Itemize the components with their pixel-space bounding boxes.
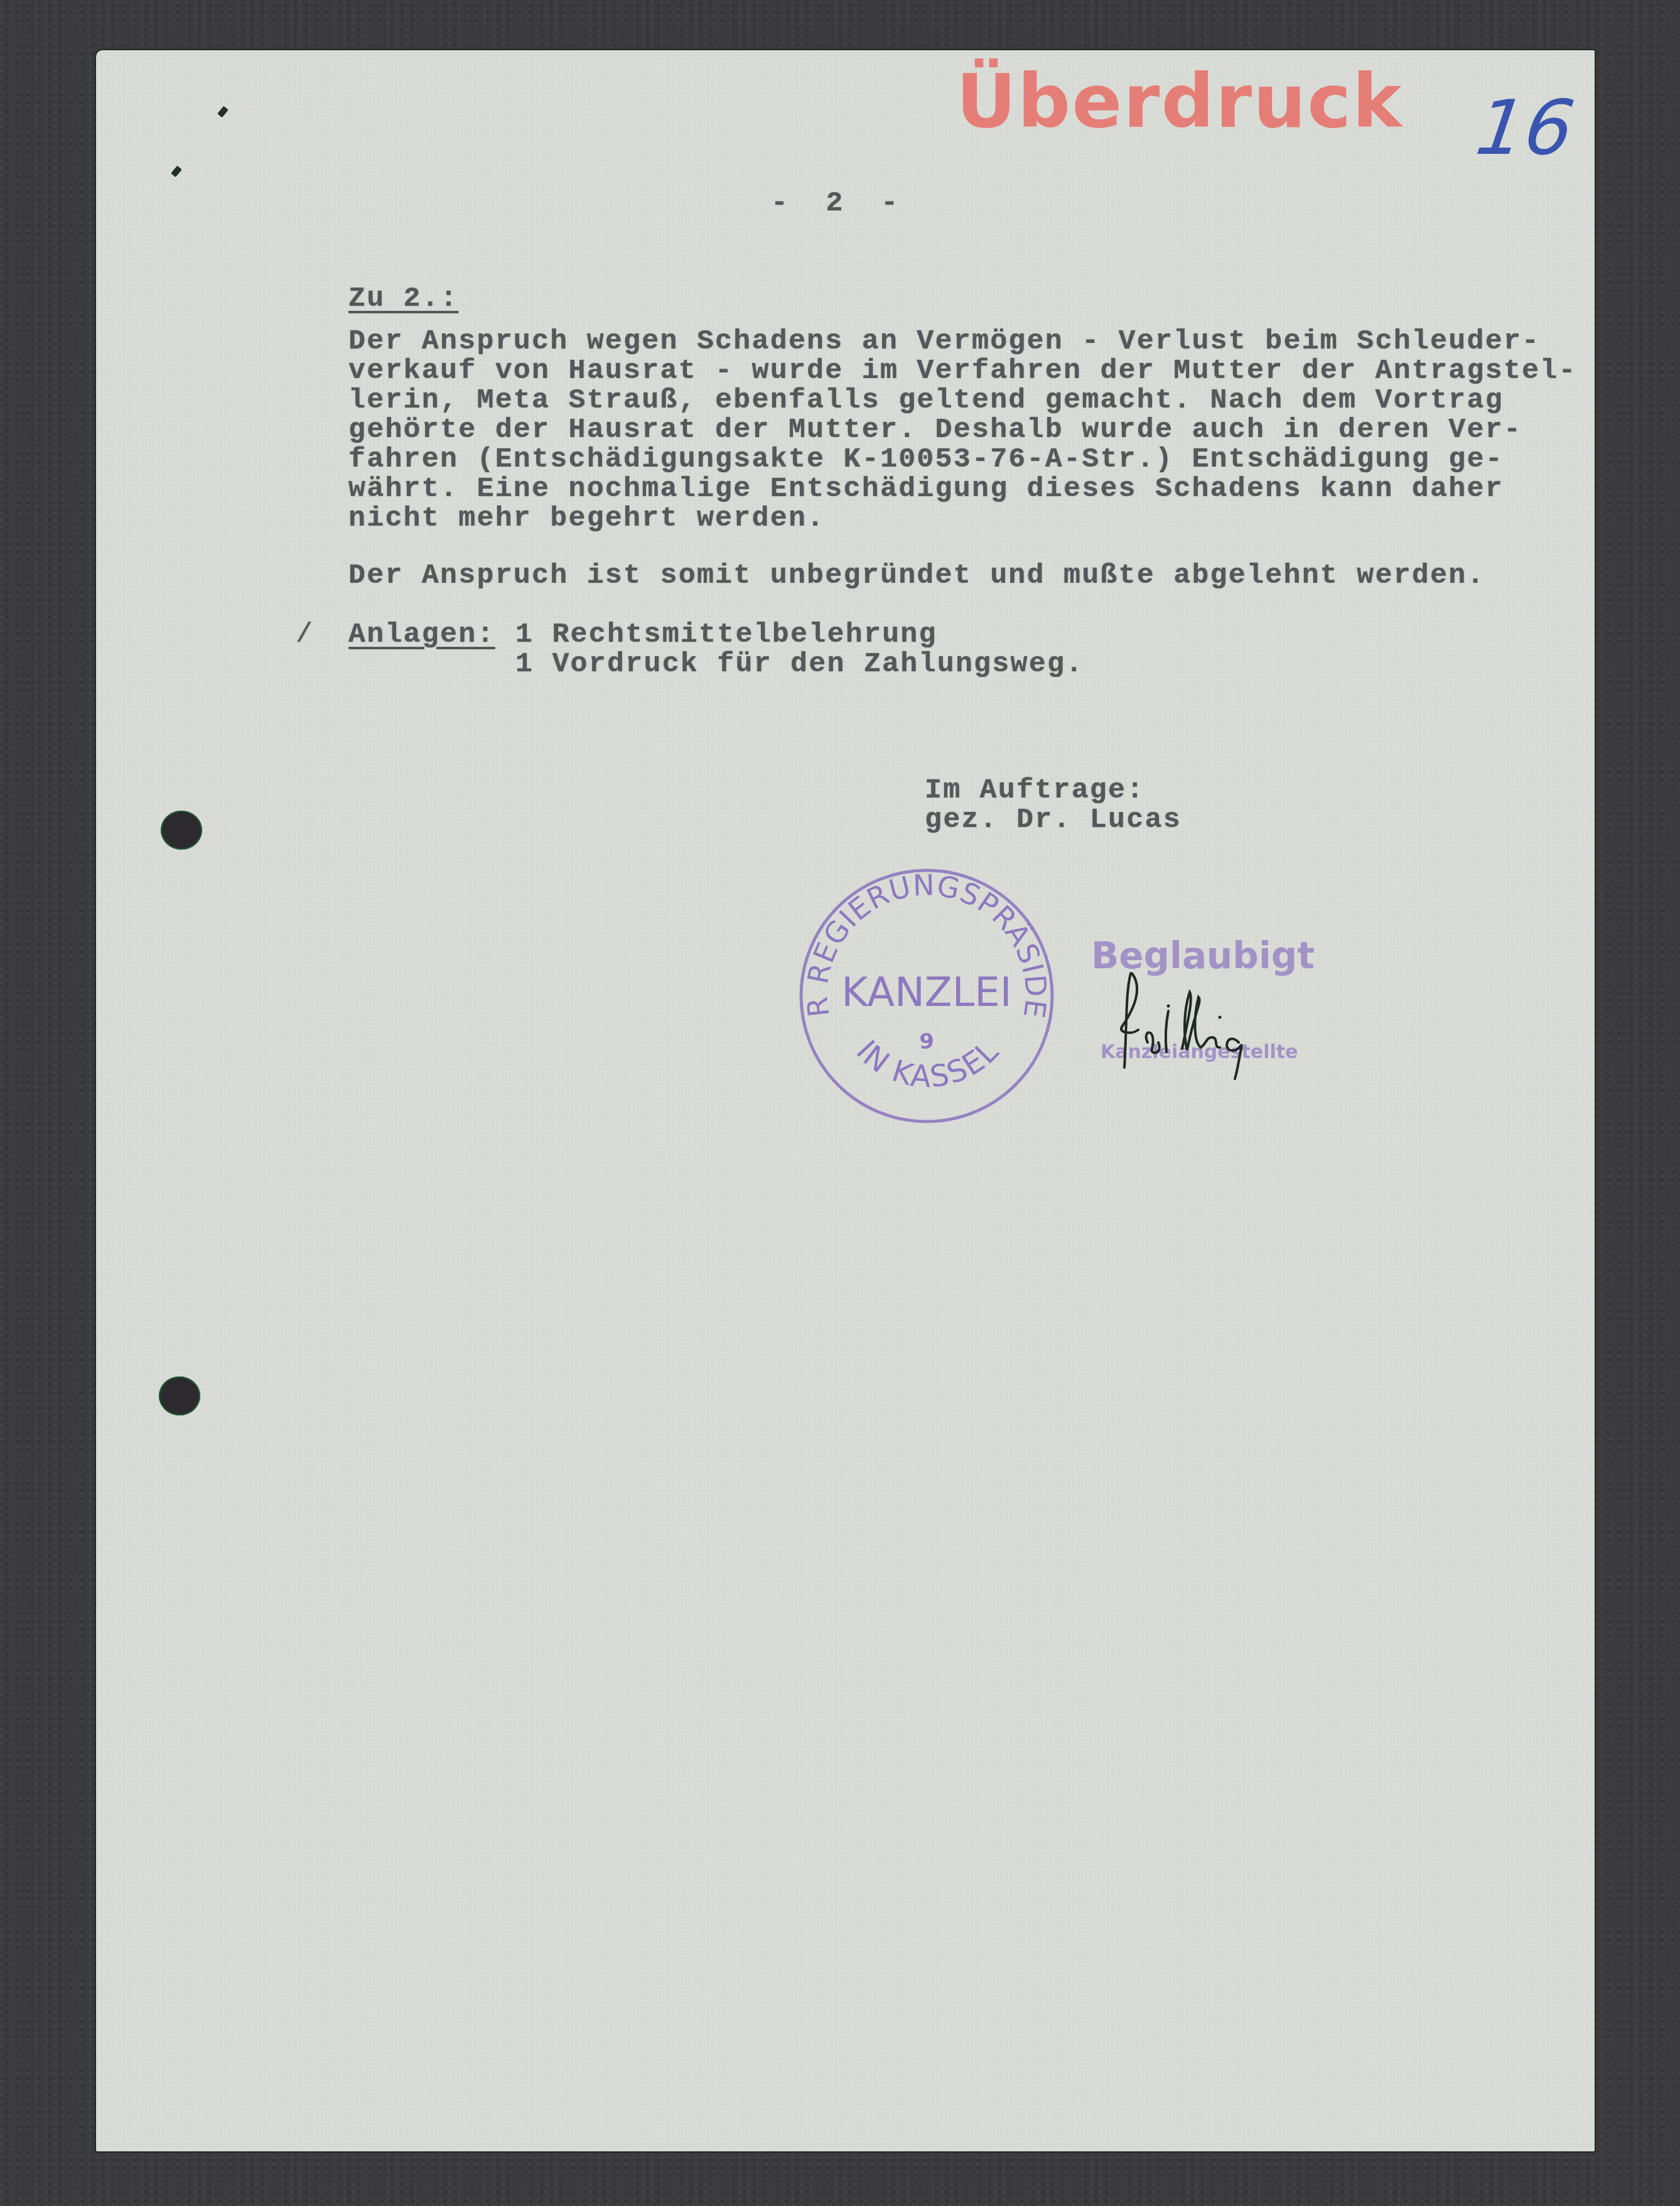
staple-mark bbox=[217, 106, 229, 118]
margin-slash-mark: / bbox=[296, 620, 314, 649]
paragraph-line: gehörte der Hausrat der Mutter. Deshalb … bbox=[348, 415, 1577, 445]
signature-line-signed: gez. Dr. Lucas bbox=[925, 805, 1182, 835]
signature-line-on-behalf: Im Auftrage: bbox=[925, 776, 1182, 805]
paragraph-claim-reasoning: Der Anspruch wegen Schadens an Vermögen … bbox=[348, 327, 1577, 533]
punch-hole-lower bbox=[159, 1376, 200, 1415]
section-heading: Zu 2.: bbox=[348, 284, 458, 313]
page-number: - 2 - bbox=[771, 188, 899, 218]
folio-number: 16 bbox=[1471, 85, 1579, 172]
handwritten-signature: Schilling bbox=[1113, 967, 1264, 1080]
uberdruck-stamp: Überdruck bbox=[956, 58, 1403, 144]
paragraph-line: Der Anspruch wegen Schadens an Vermögen … bbox=[348, 327, 1577, 356]
paragraph-line: lerin, Meta Strauß, ebenfalls geltend ge… bbox=[348, 386, 1577, 415]
enclosures-label: Anlagen: bbox=[348, 620, 495, 649]
paragraph-conclusion: Der Anspruch ist somit unbegründet und m… bbox=[348, 561, 1485, 590]
seal-number: 9 bbox=[919, 1029, 934, 1054]
paragraph-line: verkauf von Hausrat - wurde im Verfahren… bbox=[348, 356, 1577, 386]
staple-mark bbox=[171, 166, 182, 178]
enclosure-item: 1 Rechtsmittelbelehrung bbox=[515, 620, 1084, 649]
punch-hole-upper bbox=[161, 811, 202, 850]
paragraph-line: fahren (Entschädigungsakte K-10053-76-A-… bbox=[348, 445, 1577, 474]
official-seal: DER REGIERUNGSPRÄSIDENT KANZLEI 9 IN KAS… bbox=[797, 867, 1056, 1125]
signature-block: Im Auftrage: gez. Dr. Lucas bbox=[925, 776, 1182, 835]
enclosures-list: 1 Rechtsmittelbelehrung 1 Vordruck für d… bbox=[515, 620, 1084, 679]
seal-center-text: KANZLEI bbox=[841, 970, 1011, 1016]
document-page: Überdruck 16 - 2 - Zu 2.: Der Anspruch w… bbox=[96, 50, 1595, 2151]
paragraph-line: nicht mehr begehrt werden. bbox=[348, 504, 1577, 533]
signature-name: Schilling bbox=[1113, 967, 1117, 968]
enclosure-item: 1 Vordruck für den Zahlungsweg. bbox=[515, 649, 1084, 679]
paragraph-line: währt. Eine nochmalige Entschädigung die… bbox=[348, 474, 1577, 504]
